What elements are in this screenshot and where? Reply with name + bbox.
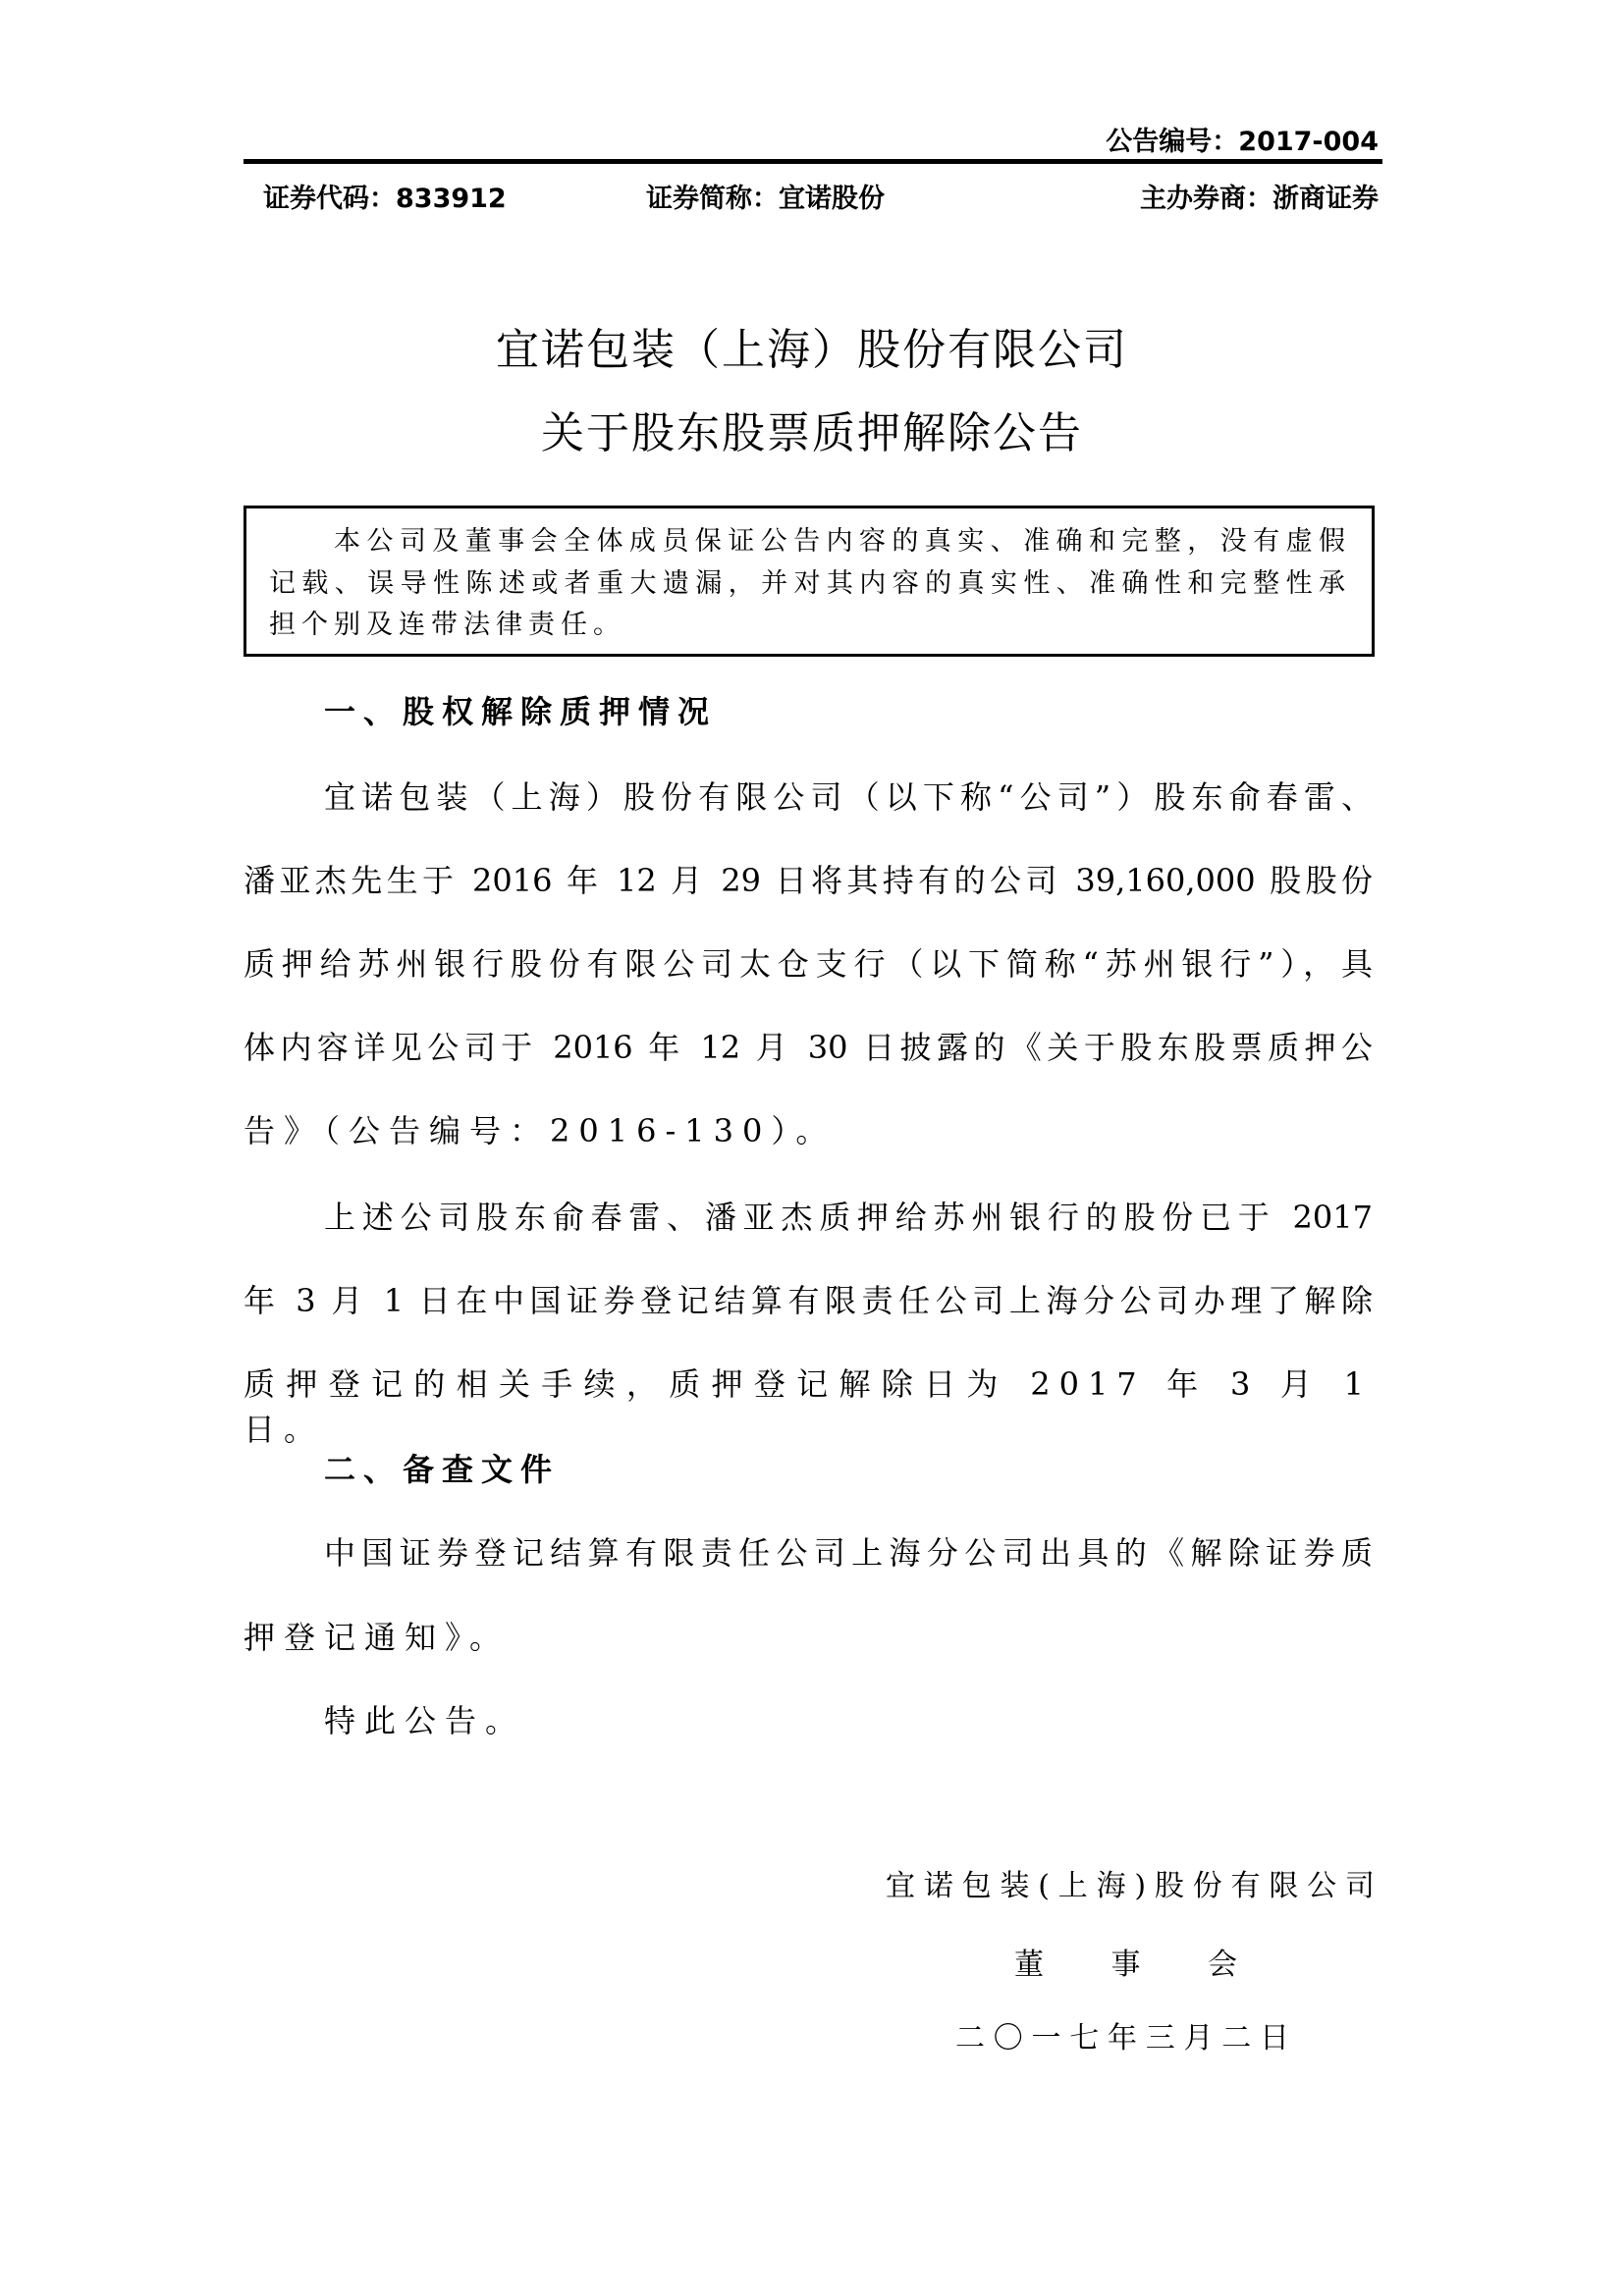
document-title-company: 宜诺包装（上海）股份有限公司 — [0, 323, 1624, 378]
paragraph-line: 质押给苏州银行股份有限公司太仓支行（以下简称“苏州银行”），具 — [244, 941, 1373, 987]
paragraph-line: 押登记通知》。 — [244, 1615, 1373, 1660]
disclaimer-line: 担个别及连带法律责任。 — [269, 606, 1345, 645]
paragraph-line: 潘亚杰先生于 2016 年 12 月 29 日将其持有的公司 39,160,00… — [244, 858, 1373, 903]
sponsor-broker: 主办券商：浙商证券 — [1140, 183, 1379, 216]
closing-statement: 特此公告。 — [324, 1698, 1373, 1743]
paragraph-line: 中国证券登记结算有限责任公司上海分公司出具的《解除证券质 — [324, 1530, 1373, 1575]
paragraph-line: 上述公司股东俞春雷、潘亚杰质押给苏州银行的股份已于 2017 — [324, 1195, 1373, 1240]
security-code: 证券代码：833912 — [263, 183, 507, 216]
section-heading-pledge-release: 一、股权解除质押情况 — [324, 689, 717, 734]
signature-date: 二〇一七年三月二日 — [955, 2017, 1289, 2060]
header-rule — [244, 159, 1382, 164]
paragraph-line: 体内容详见公司于 2016 年 12 月 30 日披露的《关于股东股票质押公 — [244, 1025, 1373, 1070]
security-abbreviation: 证券简称：宜诺股份 — [646, 183, 885, 216]
paragraph-line: 宜诺包装（上海）股份有限公司（以下称“公司”）股东俞春雷、 — [324, 774, 1373, 820]
disclaimer-line: 本公司及董事会全体成员保证公告内容的真实、准确和完整，没有虚假 — [334, 522, 1345, 561]
paragraph-line: 告》（公告编号：2016-130）。 — [244, 1108, 1373, 1153]
signature-board: 董 事 会 — [1014, 1944, 1237, 1987]
announcement-number: 公告编号：2017-004 — [1106, 126, 1379, 159]
section-heading-reference-documents: 二、备查文件 — [324, 1447, 560, 1492]
paragraph-line: 年 3 月 1 日在中国证券登记结算有限责任公司上海分公司办理了解除 — [244, 1278, 1373, 1323]
disclaimer-line: 记载、误导性陈述或者重大遗漏，并对其内容的真实性、准确性和完整性承 — [269, 564, 1345, 604]
paragraph-line: 质押登记的相关手续，质押登记解除日为 2017 年 3 月 1 日。 — [244, 1362, 1373, 1452]
document-title-subject: 关于股东股票质押解除公告 — [0, 406, 1624, 461]
signature-company: 宜诺包装(上海)股份有限公司 — [886, 1865, 1375, 1908]
